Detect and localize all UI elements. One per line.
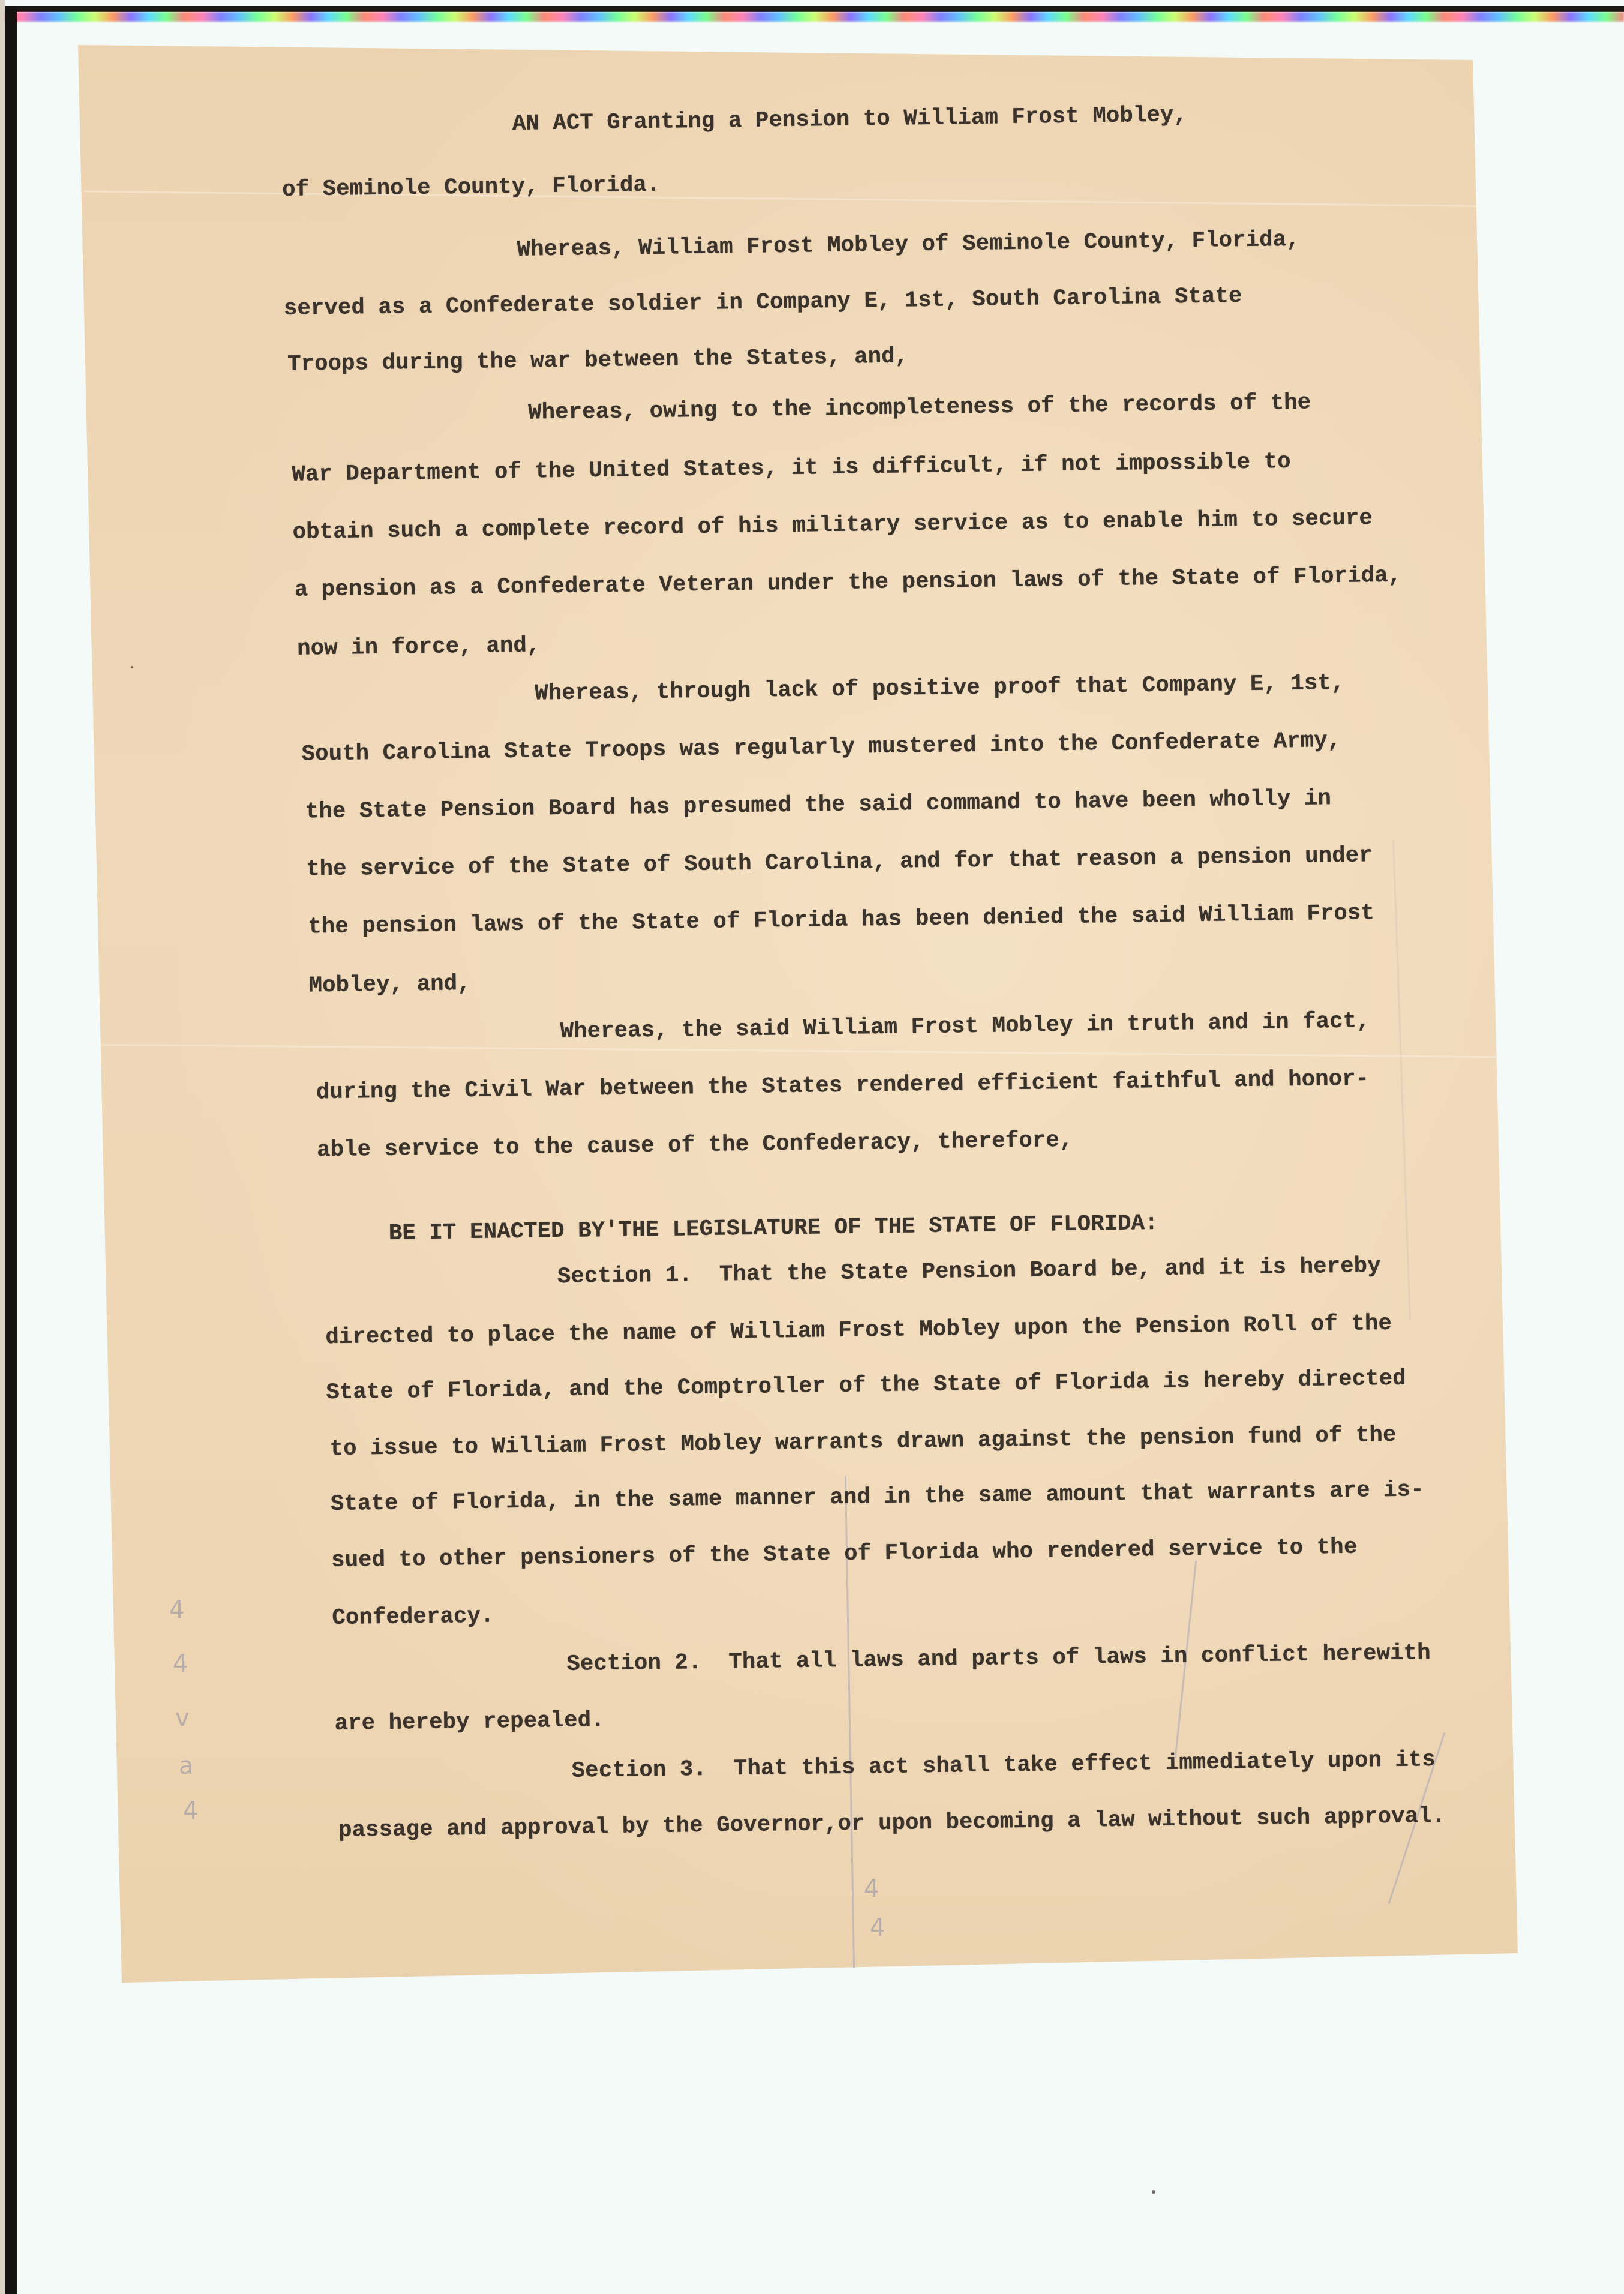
- section-2-line: are hereby repealed.: [334, 1707, 605, 1737]
- section-3-line: passage and approval by the Governor,or …: [338, 1803, 1446, 1844]
- section-1-line: State of Florida, and the Comptroller of…: [326, 1366, 1406, 1407]
- whereas-4-line: during the Civil War between the States …: [316, 1066, 1370, 1106]
- act-title-continued: of Seminole County, Florida.: [282, 172, 661, 203]
- whereas-3-line: South Carolina State Troops was regularl…: [301, 728, 1341, 768]
- whereas-1-line: Troops during the war between the States…: [287, 343, 909, 378]
- act-title: AN ACT Granting a Pension to William Fro…: [512, 102, 1188, 137]
- section-3-line: Section 3. That this act shall take effe…: [571, 1747, 1436, 1785]
- whereas-3-line: the pension laws of the State of Florida…: [308, 900, 1374, 940]
- whereas-3-line: Mobley, and,: [308, 971, 471, 1000]
- whereas-3-line: Whereas, through lack of positive proof …: [535, 670, 1345, 707]
- whereas-3-line: the State Pension Board has presumed the…: [305, 785, 1332, 825]
- whereas-2-line: obtain such a complete record of his mil…: [292, 505, 1373, 546]
- whereas-3-line: the service of the State of South Caroli…: [306, 842, 1373, 883]
- section-1-line: Section 1. That the State Pension Board …: [557, 1253, 1381, 1290]
- section-1-line: directed to place the name of William Fr…: [325, 1311, 1392, 1351]
- whereas-1-line: served as a Confederate soldier in Compa…: [284, 283, 1242, 322]
- whereas-2-line: War Department of the United States, it …: [292, 449, 1291, 488]
- section-2-line: Section 2. That all laws and parts of la…: [566, 1640, 1431, 1678]
- section-1-line: State of Florida, in the same manner and…: [331, 1477, 1424, 1518]
- whereas-4-line: Whereas, the said William Frost Mobley i…: [560, 1008, 1370, 1045]
- section-1-line: Confederacy.: [332, 1603, 494, 1632]
- enacting-clause: BE IT ENACTED BY'THE LEGISLATURE OF THE …: [389, 1210, 1158, 1247]
- typed-text: AN ACT Granting a Pension to William Fro…: [0, 0, 1624, 2294]
- section-1-line: sued to other pensioners of the State of…: [331, 1534, 1358, 1574]
- whereas-2-line: now in force, and,: [297, 632, 541, 662]
- whereas-2-line: Whereas, owing to the incompleteness of …: [528, 390, 1311, 427]
- section-1-line: to issue to William Frost Mobley warrant…: [329, 1422, 1396, 1462]
- whereas-4-line: able service to the cause of the Confede…: [317, 1127, 1073, 1164]
- whereas-1-line: Whereas, William Frost Mobley of Seminol…: [517, 227, 1300, 263]
- whereas-2-line: a pension as a Confederate Veteran under…: [295, 563, 1402, 604]
